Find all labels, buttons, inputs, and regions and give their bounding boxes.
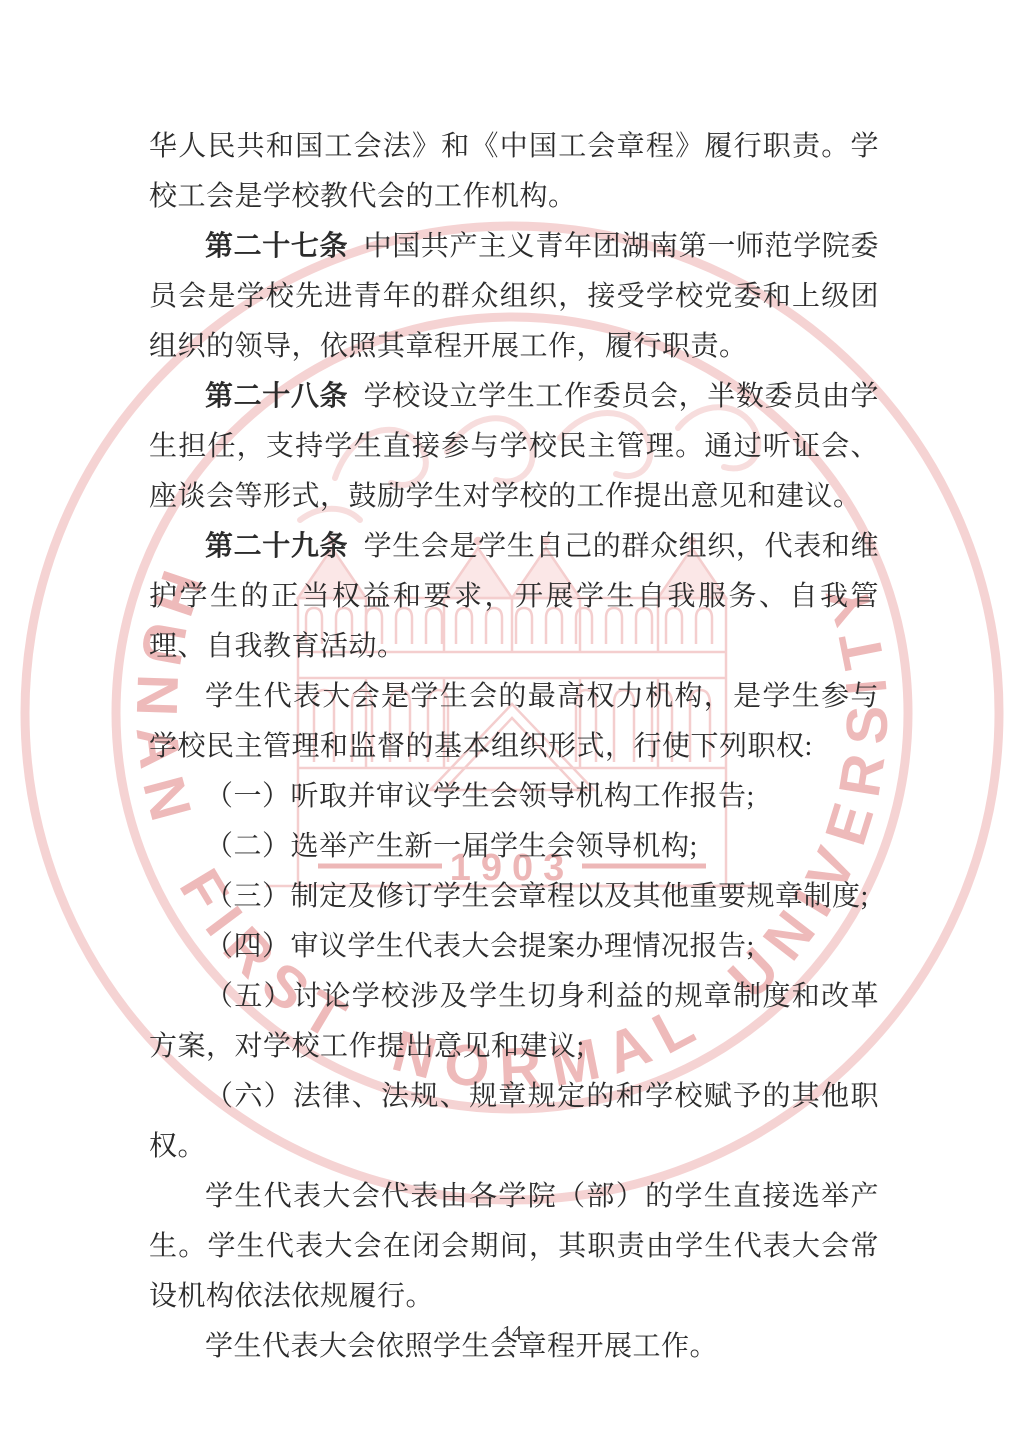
article-29-paragraph: 第二十九条学生会是学生自己的群众组织，代表和维护学生的正当权益和要求，开展学生自… bbox=[149, 522, 879, 672]
paragraph-continuation: 华人民共和国工会法》和《中国工会章程》履行职责。学校工会是学校教代会的工作机构。 bbox=[149, 122, 879, 222]
article-29-term: 第二十九条 bbox=[205, 531, 348, 562]
article-27-term: 第二十七条 bbox=[205, 231, 348, 262]
page-number: 14 bbox=[0, 1322, 1024, 1345]
paragraph-congress-intro: 学生代表大会是学生会的最高权力机构，是学生参与学校民主管理和监督的基本组织形式，… bbox=[149, 672, 879, 772]
list-item-2: （二）选举产生新一届学生会领导机构; bbox=[149, 822, 879, 872]
paragraph-congress-election: 学生代表大会代表由各学院（部）的学生直接选举产生。学生代表大会在闭会期间，其职责… bbox=[149, 1172, 879, 1322]
document-page: HUNAN FIRST NORMAL UNIVERSITY 1903 华人民共和… bbox=[0, 0, 1024, 1447]
list-item-1: （一）听取并审议学生会领导机构工作报告; bbox=[149, 772, 879, 822]
article-27-paragraph: 第二十七条中国共产主义青年团湖南第一师范学院委员会是学校先进青年的群众组织，接受… bbox=[149, 222, 879, 372]
list-item-6: （六）法律、法规、规章规定的和学校赋予的其他职权。 bbox=[149, 1072, 879, 1172]
list-item-4: （四）审议学生代表大会提案办理情况报告; bbox=[149, 922, 879, 972]
article-28-term: 第二十八条 bbox=[205, 381, 348, 412]
article-28-paragraph: 第二十八条学校设立学生工作委员会，半数委员由学生担任，支持学生直接参与学校民主管… bbox=[149, 372, 879, 522]
list-item-3: （三）制定及修订学生会章程以及其他重要规章制度; bbox=[149, 872, 879, 922]
list-item-5: （五）讨论学校涉及学生切身利益的规章制度和改革方案，对学校工作提出意见和建议; bbox=[149, 972, 879, 1072]
document-body: 华人民共和国工会法》和《中国工会章程》履行职责。学校工会是学校教代会的工作机构。… bbox=[149, 122, 879, 1372]
